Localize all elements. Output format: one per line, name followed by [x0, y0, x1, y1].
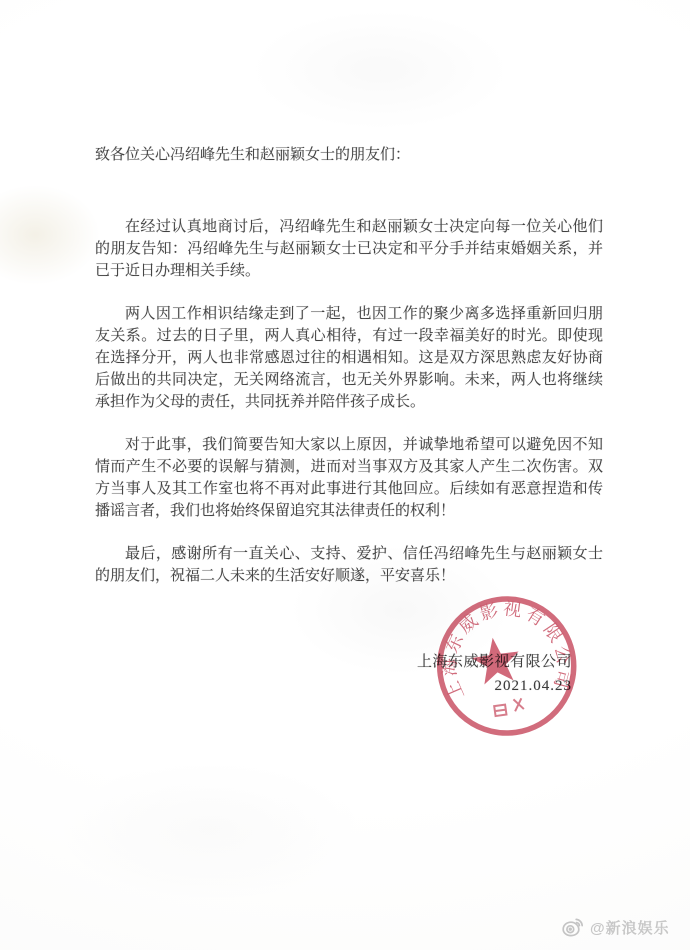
seal-star-icon [469, 634, 522, 685]
scan-smudge [60, 760, 360, 900]
weibo-logo-icon [561, 915, 585, 939]
seal-bottom-marks [494, 698, 525, 716]
paragraph-3: 对于此事，我们简要告知大家以上原因，并诚挚地希望可以避免因不知情而产生不必要的误… [95, 434, 603, 522]
scan-smudge [250, 10, 510, 130]
letter-body: 致各位关心冯绍峰先生和赵丽颖女士的朋友们： 在经过认真地商讨后，冯绍峰先生和赵丽… [95, 144, 603, 608]
watermark: @新浪娱乐 [561, 915, 670, 939]
watermark-handle: @新浪娱乐 [590, 917, 670, 938]
paragraph-1: 在经过认真地商讨后，冯绍峰先生和赵丽颖女士决定向每一位关心他们的朋友告知：冯绍峰… [95, 216, 603, 282]
salutation-line: 致各位关心冯绍峰先生和赵丽颖女士的朋友们： [95, 144, 603, 166]
seal-ring-text: 上海东威影视有限公司 [430, 590, 578, 712]
company-seal-stamp: 上海东威影视有限公司 [423, 584, 590, 751]
paragraph-4: 最后，感谢所有一直关心、支持、爱护、信任冯绍峰先生与赵丽颖女士的朋友们，祝福二人… [95, 543, 603, 587]
scan-smudge [0, 185, 100, 285]
paragraph-2: 两人因工作相识结缘走到了一起，也因工作的聚少离多选择重新回归朋友关系。过去的日子… [95, 303, 603, 413]
scanned-announcement-letter: 致各位关心冯绍峰先生和赵丽颖女士的朋友们： 在经过认真地商讨后，冯绍峰先生和赵丽… [0, 0, 690, 950]
